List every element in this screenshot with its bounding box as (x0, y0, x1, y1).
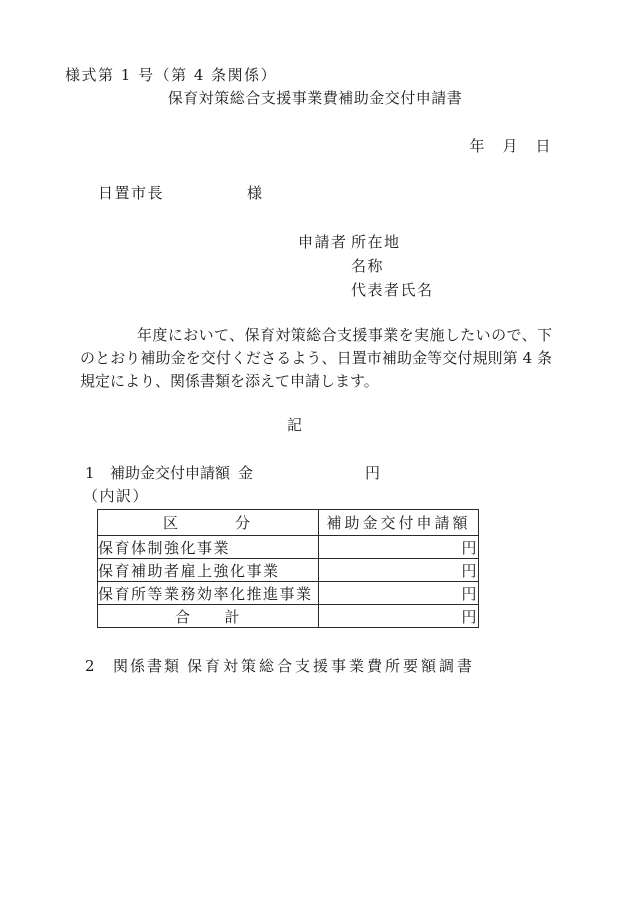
ki-marker: 記 (287, 416, 304, 434)
category-cell: 保育体制強化事業 (98, 536, 319, 559)
page-title: 保育対策総合支援事業費補助金交付申請書 (0, 89, 630, 107)
item2-number: 2 (85, 657, 96, 675)
body-line-2: のとおり補助金を交付くださるよう、日置市補助金等交付規則第 4 条の (80, 347, 552, 370)
item1-amount-unit: 円 (365, 464, 382, 482)
table-row-total: 合 計 円 (98, 605, 479, 628)
document-page: 様式第 1 号（第 4 条関係） 保育対策総合支援事業費補助金交付申請書 年 月… (0, 0, 630, 903)
table-row: 保育補助者雇上強化事業 円 (98, 559, 479, 582)
addressee-name: 日置市長 (98, 184, 164, 202)
breakdown-table: 区 分 補助金交付申請額 保育体制強化事業 円 保育補助者雇上強化事業 円 保育… (97, 509, 479, 628)
body-line-3: 規定により、関係書類を添えて申請します。 (80, 370, 552, 393)
total-label-cell: 合 計 (98, 605, 319, 628)
body-line-1: 年度において、保育対策総合支援事業を実施したいので、下記 (80, 324, 552, 347)
table-row: 保育所等業務効率化推進事業 円 (98, 582, 479, 605)
table-header-row: 区 分 補助金交付申請額 (98, 510, 479, 536)
body-paragraph: 年度において、保育対策総合支援事業を実施したいので、下記 のとおり補助金を交付く… (80, 324, 552, 393)
category-cell: 保育所等業務効率化推進事業 (98, 582, 319, 605)
form-number: 様式第 1 号（第 4 条関係） (65, 66, 277, 84)
item2-value: 保育対策総合支援事業費所要額調書 (187, 657, 475, 675)
amount-cell: 円 (319, 559, 479, 582)
amount-cell: 円 (319, 536, 479, 559)
breakdown-label: （内訳） (83, 487, 149, 505)
item1-label: 補助金交付申請額 (110, 464, 230, 482)
table-row: 保育体制強化事業 円 (98, 536, 479, 559)
item1-number: 1 (85, 464, 96, 482)
total-amount-cell: 円 (319, 605, 479, 628)
column-header-amount: 補助金交付申請額 (319, 510, 479, 536)
applicant-label: 申請者 (298, 233, 348, 251)
item1-amount-prefix: 金 (238, 464, 255, 482)
applicant-address-label: 所在地 (351, 233, 401, 251)
amount-cell: 円 (319, 582, 479, 605)
date-line: 年 月 日 (469, 137, 552, 155)
category-cell: 保育補助者雇上強化事業 (98, 559, 319, 582)
item2-label: 関係書類 (113, 657, 181, 675)
applicant-representative-label: 代表者氏名 (351, 281, 434, 299)
column-header-category: 区 分 (98, 510, 319, 536)
applicant-name-label: 名称 (351, 257, 384, 275)
addressee-honorific: 様 (247, 184, 264, 202)
